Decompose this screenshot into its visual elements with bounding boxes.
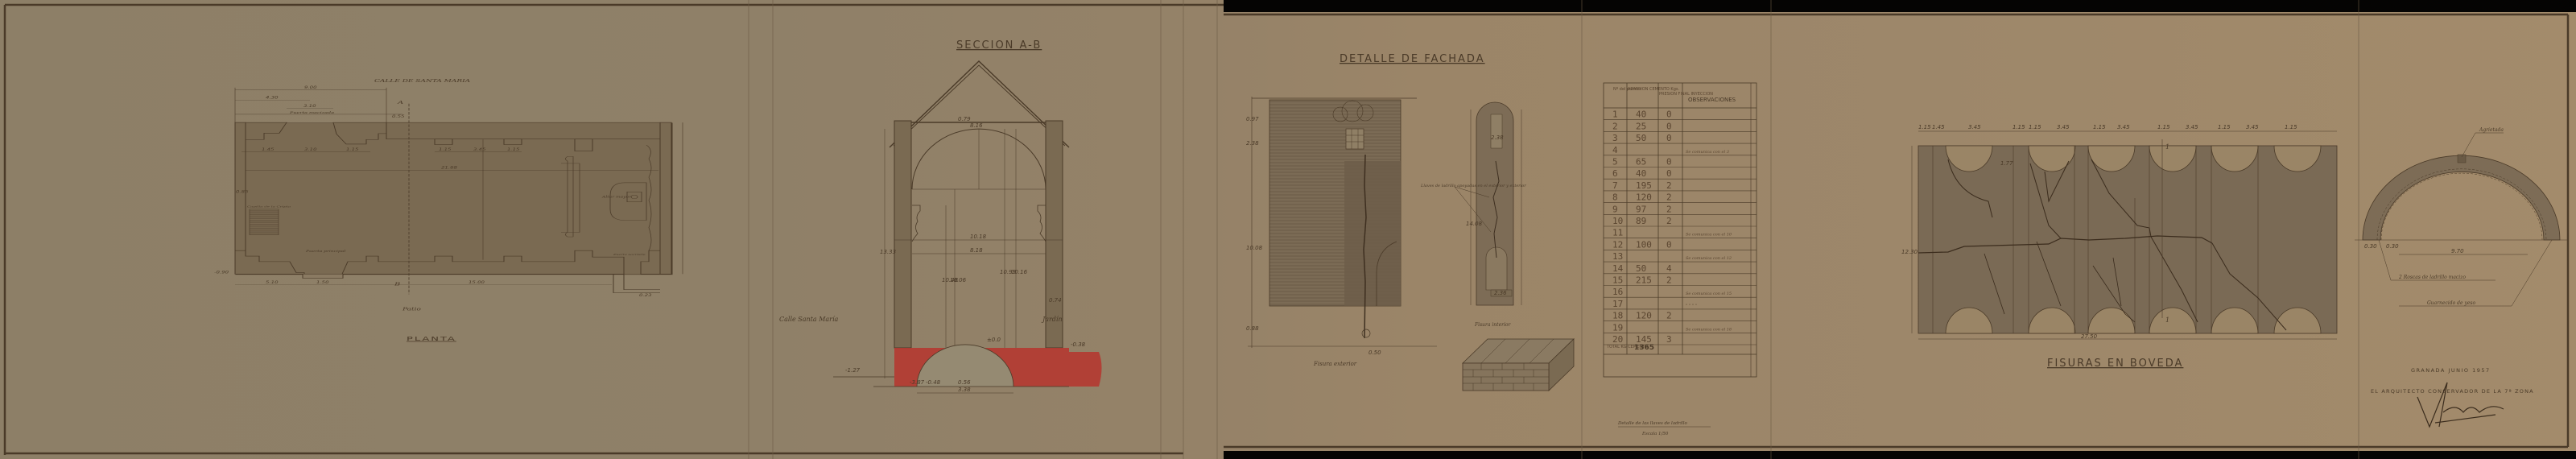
- dim-fachada-4: 0.88: [1246, 325, 1259, 332]
- dim-bottom-door: 1.50: [316, 281, 329, 284]
- window: [1346, 129, 1364, 149]
- dim-arco-2: 0.30: [2386, 243, 2399, 250]
- table-cell-n: 18: [1612, 311, 1623, 321]
- note-llaves: Llaves de ladrillo apoyadas en el exteri…: [1420, 184, 1526, 188]
- dim-height-4: 10.16: [1011, 269, 1028, 275]
- scale-note: Escala 1/50: [1641, 432, 1669, 436]
- table-cell-cement: 120: [1636, 192, 1652, 203]
- table-cell-cement: 25: [1636, 121, 1646, 131]
- table-cell-obs: Se comunica con el 3: [1686, 150, 1729, 155]
- table-cell-cement: 40: [1636, 110, 1646, 120]
- dim-arco-1: 0.30: [2364, 243, 2377, 250]
- table-cell-n: 1: [1612, 110, 1618, 120]
- table-cell-cement: 195: [1636, 180, 1652, 191]
- scan-margin-top: [1224, 0, 2576, 12]
- fisuras-drawing: 1.15 1.45 3.45 1.15 1.15 3.45 1.15 3.45 …: [1901, 124, 2337, 370]
- table-cell-obs: Se comunica con el 15: [1686, 292, 1732, 296]
- table-cell-n: 9: [1612, 204, 1618, 214]
- table-cell-n: 12: [1612, 239, 1623, 250]
- dim-fisura-10: 3.45: [2186, 124, 2198, 130]
- table-total-value: 1365: [1634, 344, 1654, 352]
- table-cell-cement: 40: [1636, 168, 1646, 179]
- dim-width-inner: 8.18: [970, 247, 983, 254]
- crypt-stair: [250, 209, 279, 235]
- table-cell-n: 6: [1612, 168, 1618, 179]
- table-cell-cement: 65: [1636, 157, 1646, 167]
- label-agrietada: Agrietada: [2479, 127, 2504, 133]
- dim-fachada-1: 0.97: [1246, 116, 1259, 122]
- dim-wall: 0.74: [1049, 297, 1062, 304]
- table-cell-n: 8: [1612, 192, 1618, 203]
- place-date: GRANADA JUNIO 1957: [2411, 367, 2491, 374]
- table-cell-pressure: 2: [1666, 311, 1672, 321]
- table-cell-pressure: 2: [1666, 204, 1672, 214]
- dim-fisura-height: 12.30: [1901, 249, 1918, 255]
- table-cell-pressure: 3: [1666, 334, 1672, 345]
- dim-fisura-4: 1.15: [2013, 124, 2025, 130]
- dim-door-width: 3.10: [303, 105, 316, 108]
- dim-crypt-level-2: -0.48: [926, 379, 941, 386]
- dim-width-outer: 10.18: [970, 234, 987, 240]
- label-fisura-exterior: Fisura exterior: [1313, 361, 1357, 367]
- dim-height-2: 10.06: [950, 277, 967, 283]
- table-cell-n: 10: [1612, 216, 1623, 226]
- drawing-sheet: CALLE DE SANTA MARIA: [0, 0, 2576, 459]
- dim-crypt-width: 3.38: [958, 387, 971, 393]
- dim-fisura-length: 27.50: [2081, 333, 2098, 340]
- dim-fachada-bottom: 0.50: [1368, 349, 1381, 356]
- table-cell-obs: Se comunica con el 12: [1686, 256, 1732, 261]
- table-cell-pressure: 0: [1666, 121, 1672, 131]
- dim-step: 0.23: [639, 294, 652, 297]
- dim-pier-6: 1.15: [507, 148, 520, 151]
- label-roscas: 2 Roscas de ladrillo macizo: [2398, 275, 2466, 280]
- table-cell-pressure: 2: [1666, 192, 1672, 203]
- section-mark-1-bottom: 1: [2165, 316, 2169, 324]
- dim-fisura-7: 1.15: [2093, 124, 2106, 130]
- table-cell-n: 17: [1612, 299, 1623, 309]
- table-cell-cement: 50: [1636, 263, 1646, 274]
- brick-isometric: [1463, 339, 1574, 391]
- dim-roof-top: 0.79: [958, 116, 971, 122]
- dim-fisura-11: 1.15: [2218, 124, 2231, 130]
- dim-fisura-2: 1.45: [1932, 124, 1945, 130]
- signature-title: EL ARQUITECTO CONSERVADOR DE LA 7ª ZONA: [2371, 388, 2534, 395]
- table-cell-n: 16: [1612, 287, 1623, 297]
- dim-fisura-5: 1.15: [2029, 124, 2041, 130]
- crypt-label: Capilla de la Cripta: [247, 205, 291, 209]
- dim-fisura-12: 3.45: [2246, 124, 2259, 130]
- table-cell-obs: Se comunica con el 10: [1686, 233, 1732, 238]
- label-puerta-macizada: Puerta macizada: [289, 111, 334, 114]
- planta-title: PLANTA: [407, 336, 456, 342]
- dim-level-left-sec: -1.27: [845, 367, 861, 374]
- table-cell-n: 14: [1612, 263, 1624, 274]
- table-cell-cement: 215: [1636, 275, 1652, 286]
- dim-wall-thickness: 0.85: [236, 191, 249, 194]
- dim-pier-4: 1.15: [439, 148, 452, 151]
- table-cell-cement: 97: [1636, 204, 1646, 214]
- dim-fisura-8: 3.45: [2117, 124, 2130, 130]
- brick-detail-note: Detalle de las llaves de ladrillo: [1617, 421, 1688, 426]
- dim-arco-span: 9.70: [2451, 248, 2464, 254]
- dim-offset: 0.55: [392, 115, 405, 118]
- dim-total-height: 13.33: [880, 249, 896, 255]
- dim-level-left: -0.90: [214, 271, 229, 275]
- dim-top-partial: 4.30: [266, 97, 279, 100]
- dim-top-total: 9.00: [304, 86, 317, 89]
- table-cell-pressure: 2: [1666, 275, 1672, 286]
- table-cell-n: 3: [1612, 133, 1618, 143]
- label-puerta-principal: Puerta principal: [305, 250, 346, 253]
- label-patio: Patio: [402, 306, 422, 311]
- table-cell-pressure: 4: [1666, 263, 1672, 274]
- fisuras-title: FISURAS EN BOVEDA: [2047, 358, 2183, 370]
- seccion-title: SECCION A-B: [956, 39, 1042, 52]
- dim-fisura-depth: 1.77: [2000, 160, 2013, 167]
- table-cell-n: 5: [1612, 157, 1618, 167]
- dim-window-bottom: 2.36: [1494, 290, 1507, 296]
- section-mark-1-top: 1: [2165, 143, 2169, 151]
- dim-level-floor: ±0.0: [987, 337, 1001, 343]
- table-cell-cement: 120: [1636, 311, 1652, 321]
- table-cell-pressure: 0: [1666, 133, 1672, 143]
- dim-bottom-right: 15.00: [469, 281, 485, 284]
- table-cell-cement: 89: [1636, 216, 1646, 226]
- table-header-obs: OBSERVACIONES: [1688, 97, 1736, 103]
- table-cell-obs: Se comunica con el 18: [1686, 327, 1732, 332]
- table-cell-n: 4: [1612, 145, 1618, 155]
- dim-interior-length: 21.68: [441, 167, 457, 170]
- table-cell-n: 15: [1612, 275, 1623, 286]
- dim-crypt-level-1: -3.87: [910, 379, 925, 386]
- table-cell-cement: 50: [1636, 133, 1646, 143]
- table-cell-obs: " " " ": [1686, 304, 1697, 308]
- street-label: CALLE DE SANTA MARIA: [374, 78, 470, 83]
- label-fisura-interior: Fisura interior: [1474, 322, 1512, 328]
- dim-fisura-3: 3.45: [1968, 124, 1981, 130]
- right-wall: [1046, 121, 1063, 348]
- dim-pier-3: 1.15: [346, 148, 359, 151]
- vault-plan: [1918, 146, 2337, 333]
- dim-section-total: 14.08: [1466, 221, 1483, 227]
- section-mark-b: B: [394, 281, 401, 287]
- table-cell-n: 2: [1612, 121, 1618, 131]
- scan-margin-bottom: [1224, 451, 2576, 459]
- table-cell-pressure: 0: [1666, 168, 1672, 179]
- table-cell-n: 7: [1612, 180, 1618, 191]
- table-cell-cement: 100: [1636, 239, 1652, 250]
- dim-span-top: 8.16: [970, 122, 983, 129]
- detalle-title: DETALLE DE FACHADA: [1340, 53, 1485, 65]
- section-mark-a: A: [397, 99, 404, 105]
- left-wall: [894, 121, 911, 348]
- table-cell-pressure: 2: [1666, 180, 1672, 191]
- table-cell-pressure: 0: [1666, 110, 1672, 120]
- table-cell-n: 19: [1612, 322, 1623, 333]
- dim-window-top: 2.38: [1491, 134, 1504, 141]
- dim-pier-2: 3.10: [304, 148, 317, 151]
- label-guarnecido: Guarnecido de yeso: [2427, 300, 2475, 306]
- label-jardin: Jardín: [1041, 316, 1063, 323]
- dim-level-right: -0.38: [1071, 341, 1086, 348]
- label-calle-santa-maria: Calle Santa María: [779, 316, 839, 323]
- table-cell-pressure: 0: [1666, 239, 1672, 250]
- table-cell-pressure: 2: [1666, 216, 1672, 226]
- dim-fisura-6: 3.45: [2057, 124, 2070, 130]
- dim-pier-1: 1.45: [262, 148, 275, 151]
- dim-fisura-1: 1.15: [1918, 124, 1931, 130]
- table-cell-n: 11: [1612, 228, 1623, 238]
- dim-bottom-left: 5.10: [266, 281, 279, 284]
- dim-fisura-13: 1.15: [2285, 124, 2297, 130]
- table-cell-n: 13: [1612, 251, 1623, 262]
- dim-fachada-2: 2.38: [1246, 140, 1259, 147]
- dim-crypt-level-5: 0.56: [958, 379, 971, 386]
- table-cell-pressure: 0: [1666, 157, 1672, 167]
- dim-fisura-9: 1.15: [2157, 124, 2170, 130]
- dim-fachada-3: 10.08: [1246, 245, 1263, 251]
- label-puerta-sacristia: Puerta sacristía: [613, 253, 646, 256]
- dim-pier-5: 3.45: [473, 148, 486, 151]
- label-altar: Altar mayor: [601, 196, 632, 199]
- table-cell-n: 20: [1612, 334, 1623, 345]
